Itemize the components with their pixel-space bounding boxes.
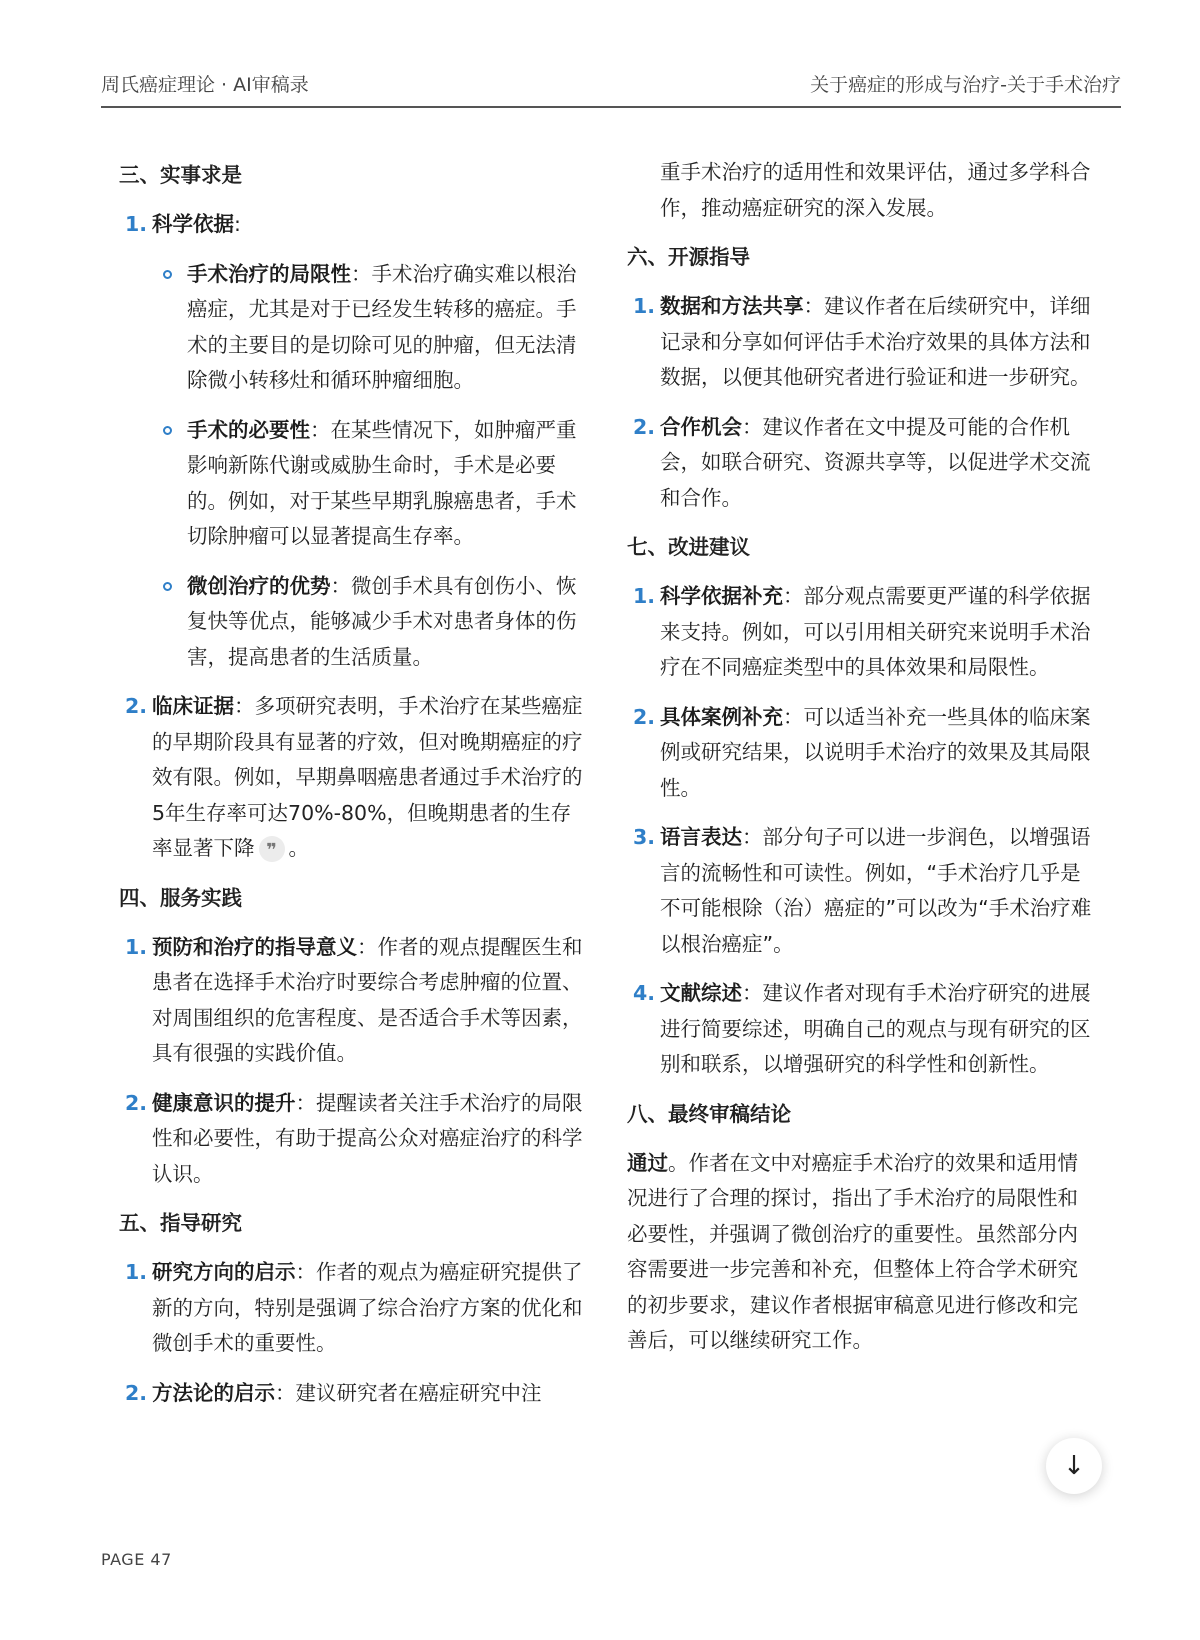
header-right-title: 关于癌症的形成与治疗-关于手术治疗 [810, 70, 1121, 97]
list-number: 4. [633, 976, 655, 1012]
section-title-6: 六、开源指导 [627, 240, 1093, 275]
list-number: 2. [633, 410, 655, 446]
right-column: 重手术治疗的适用性和效果评估，通过多学科合作，推动癌症研究的深入发展。 六、开源… [627, 155, 1093, 1359]
list-item: 1. 科学依据: [119, 207, 585, 243]
section-title-7: 七、改进建议 [627, 530, 1093, 565]
item-label: 健康意识的提升 [152, 1091, 296, 1115]
circle-bullet-icon [163, 426, 172, 435]
list-item: 2. 具体案例补充：可以适当补充一些具体的临床案例或研究结果，以说明手术治疗的效… [627, 700, 1093, 807]
sub-list-item: 微创治疗的优势：微创手术具有创伤小、恢复快等优点，能够减少手术对患者身体的伤害，… [119, 569, 585, 676]
section-title-5: 五、指导研究 [119, 1206, 585, 1241]
item-label: 科学依据 [152, 212, 234, 236]
list-number: 2. [125, 1086, 147, 1122]
item-label: 手术治疗的局限性 [187, 262, 351, 286]
list-item: 1. 数据和方法共享：建议作者在后续研究中，详细记录和分享如何评估手术治疗效果的… [627, 289, 1093, 396]
arrow-down-icon: ↓ [1063, 1451, 1085, 1481]
section-title-8: 八、最终审稿结论 [627, 1097, 1093, 1132]
list-number: 1. [125, 207, 147, 243]
page-header: 周氏癌症理论 · AI审稿录 关于癌症的形成与治疗-关于手术治疗 [101, 70, 1121, 108]
list-number: 1. [125, 1255, 147, 1291]
list-item-continuation: 重手术治疗的适用性和效果评估，通过多学科合作，推动癌症研究的深入发展。 [627, 155, 1093, 226]
list-item: 2. 合作机会：建议作者在文中提及可能的合作机会，如联合研究、资源共享等，以促进… [627, 410, 1093, 517]
section-title-3: 三、实事求是 [119, 158, 585, 193]
item-label: 具体案例补充 [660, 705, 783, 729]
header-left-title: 周氏癌症理论 · AI审稿录 [101, 70, 309, 97]
item-label: 语言表达 [660, 825, 742, 849]
list-number: 2. [125, 1376, 147, 1412]
sub-list-item: 手术治疗的局限性：手术治疗确实难以根治癌症，尤其是对于已经发生转移的癌症。手术的… [119, 257, 585, 399]
item-label: 手术的必要性 [187, 418, 310, 442]
citation-quote-icon[interactable]: ❞ [259, 836, 285, 862]
list-item: 1. 预防和治疗的指导意义：作者的观点提醒医生和患者在选择手术治疗时要综合考虑肿… [119, 930, 585, 1072]
circle-bullet-icon [163, 270, 172, 279]
circle-bullet-icon [163, 582, 172, 591]
list-item: 4. 文献综述：建议作者对现有手术治疗研究的进展进行简要综述，明确自己的观点与现… [627, 976, 1093, 1083]
sub-list-item: 手术的必要性：在某些情况下，如肿瘤严重影响新陈代谢或威胁生命时，手术是必要的。例… [119, 413, 585, 555]
item-label: 文献综述 [660, 981, 742, 1005]
item-label: 合作机会 [660, 415, 742, 439]
item-label: 微创治疗的优势 [187, 574, 331, 598]
final-conclusion: 通过。作者在文中对癌症手术治疗的效果和适用情况进行了合理的探讨，指出了手术治疗的… [627, 1146, 1093, 1359]
conclusion-text: 。作者在文中对癌症手术治疗的效果和适用情况进行了合理的探讨，指出了手术治疗的局限… [627, 1151, 1078, 1353]
list-item: 2. 方法论的启示：建议研究者在癌症研究中注 [119, 1376, 585, 1412]
list-number: 1. [633, 289, 655, 325]
list-number: 1. [633, 579, 655, 615]
list-number: 2. [633, 700, 655, 736]
list-item: 2. 临床证据：多项研究表明，手术治疗在某些癌症的早期阶段具有显著的疗效，但对晚… [119, 689, 585, 867]
verdict-label: 通过 [627, 1151, 668, 1175]
scroll-down-button[interactable]: ↓ [1046, 1438, 1102, 1494]
item-label: 方法论的启示 [152, 1381, 275, 1405]
item-label: 研究方向的启示 [152, 1260, 296, 1284]
item-label: 预防和治疗的指导意义 [152, 935, 357, 959]
item-text: ：多项研究表明，手术治疗在某些癌症的早期阶段具有显著的疗效，但对晚期癌症的疗效有… [152, 694, 583, 860]
list-number: 3. [633, 820, 655, 856]
item-text: ：建议研究者在癌症研究中注 [275, 1381, 542, 1405]
item-label: 科学依据补充 [660, 584, 783, 608]
list-number: 1. [125, 930, 147, 966]
list-item: 1. 科学依据补充：部分观点需要更严谨的科学依据来支持。例如，可以引用相关研究来… [627, 579, 1093, 686]
item-label: 数据和方法共享 [660, 294, 804, 318]
list-item: 3. 语言表达：部分句子可以进一步润色，以增强语言的流畅性和可读性。例如，“手术… [627, 820, 1093, 962]
list-item: 1. 研究方向的启示：作者的观点为癌症研究提供了新的方向，特别是强调了综合治疗方… [119, 1255, 585, 1362]
left-column: 三、实事求是 1. 科学依据: 手术治疗的局限性：手术治疗确实难以根治癌症，尤其… [119, 158, 585, 1425]
section-title-4: 四、服务实践 [119, 881, 585, 916]
list-item: 2. 健康意识的提升：提醒读者关注手术治疗的局限性和必要性，有助于提高公众对癌症… [119, 1086, 585, 1193]
list-number: 2. [125, 689, 147, 725]
page-number: PAGE 47 [101, 1550, 172, 1569]
item-label: 临床证据 [152, 694, 234, 718]
